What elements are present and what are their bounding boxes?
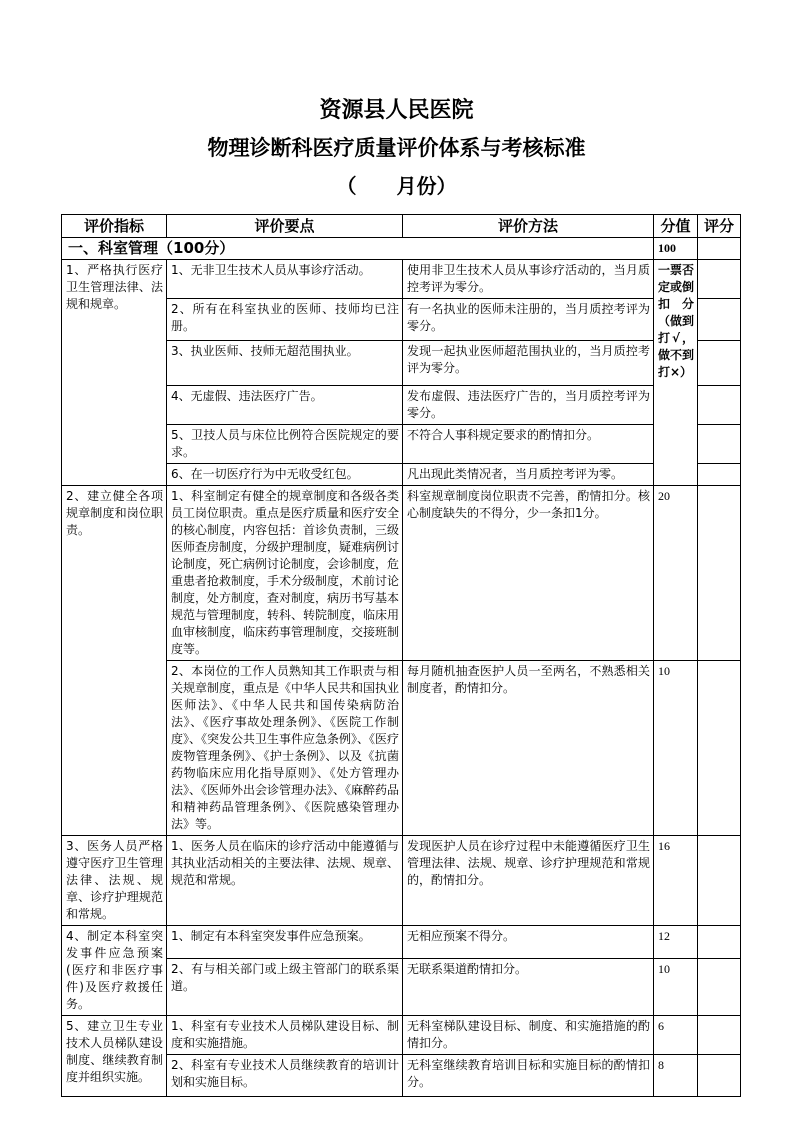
indicator-cell: 5、建立卫生专业技术人员梯队建设制度、继续教育制度并组织实施。 — [62, 1016, 167, 1097]
score-cell: 10 — [654, 661, 698, 836]
grade-cell — [698, 959, 741, 1016]
score-cell: 10 — [654, 959, 698, 1016]
point-cell: 1、科室有专业技术人员梯队建设目标、制度和实施措施。 — [167, 1016, 403, 1055]
table-row: 5、建立卫生专业技术人员梯队建设制度、继续教育制度并组织实施。 1、科室有专业技… — [62, 1016, 741, 1055]
grade-cell — [698, 1016, 741, 1055]
table-row: 3、医务人员严格遵守医疗卫生管理法律、法规、规章、诊疗护理规范和常规。 1、医务… — [62, 836, 741, 926]
point-cell: 6、在一切医疗行为中无收受红包。 — [167, 464, 403, 486]
score-cell: 20 — [654, 486, 698, 661]
point-cell: 1、医务人员在临床的诊疗活动中能遵循与其执业活动相关的主要法律、法规、规章、规范… — [167, 836, 403, 926]
point-cell: 1、科室制定有健全的规章制度和各级各类员工岗位职责。重点是医疗质量和医疗安全的核… — [167, 486, 403, 661]
grade-cell — [698, 260, 741, 299]
method-cell: 每月随机抽查医护人员一至两名，不熟悉相关制度者，酌情扣分。 — [403, 661, 654, 836]
score-cell: 12 — [654, 926, 698, 959]
table-row: 4、制定本科室突发事件应急预案(医疗和非医疗事件)及医疗救援任务。 1、制定有本… — [62, 926, 741, 959]
score-cell: 6 — [654, 1016, 698, 1055]
point-cell: 2、有与相关部门或上级主管部门的联系渠道。 — [167, 959, 403, 1016]
method-cell: 不符合人事科规定要求的酌情扣分。 — [403, 425, 654, 464]
point-cell: 3、执业医师、技师无超范围执业。 — [167, 341, 403, 386]
hospital-name: 资源县人民医院 — [0, 98, 793, 124]
month-placeholder: （ 月份） — [0, 174, 793, 198]
grade-cell — [698, 1055, 741, 1097]
method-cell: 无相应预案不得分。 — [403, 926, 654, 959]
method-cell: 无联系渠道酌情扣分。 — [403, 959, 654, 1016]
table-row: 2、建立健全各项规章制度和岗位职责。 1、科室制定有健全的规章制度和各级各类员工… — [62, 486, 741, 661]
section-score: 100 — [654, 238, 698, 260]
score-cell: 16 — [654, 836, 698, 926]
header-point: 评价要点 — [167, 215, 403, 238]
method-cell: 有一名执业的医师未注册的，当月质控考评为零分。 — [403, 299, 654, 341]
indicator-cell: 4、制定本科室突发事件应急预案(医疗和非医疗事件)及医疗救援任务。 — [62, 926, 167, 1016]
point-cell: 1、制定有本科室突发事件应急预案。 — [167, 926, 403, 959]
method-cell: 无科室梯队建设目标、制度、和实施措施的酌情扣分。 — [403, 1016, 654, 1055]
method-cell: 发现医护人员在诊疗过程中未能遵循医疗卫生管理法律、法规、规章、诊疗护理规范和常规… — [403, 836, 654, 926]
evaluation-table: 评价指标 评价要点 评价方法 分值 评分 一、科室管理（100分） 100 1、… — [61, 214, 741, 1097]
document-header: 资源县人民医院 物理诊断科医疗质量评价体系与考核标准 （ 月份） — [0, 0, 793, 198]
indicator-cell: 2、建立健全各项规章制度和岗位职责。 — [62, 486, 167, 836]
grade-cell — [698, 486, 741, 661]
grade-cell — [698, 299, 741, 341]
point-cell: 4、无虚假、违法医疗广告。 — [167, 386, 403, 425]
point-cell: 2、科室有专业技术人员继续教育的培训计划和实施目标。 — [167, 1055, 403, 1097]
header-grade: 评分 — [698, 215, 741, 238]
indicator-cell: 1、严格执行医疗卫生管理法律、法规和规章。 — [62, 260, 167, 486]
score-cell: 8 — [654, 1055, 698, 1097]
grade-cell — [698, 836, 741, 926]
point-cell: 2、本岗位的工作人员熟知其工作职责与相关规章制度，重点是《中华人民共和国执业医师… — [167, 661, 403, 836]
method-cell: 科室规章制度岗位职责不完善，酌情扣分。核心制度缺失的不得分，少一条扣1分。 — [403, 486, 654, 661]
section-grade-cell — [698, 238, 741, 260]
method-cell: 发现一起执业医师超范围执业的，当月质控考评为零分。 — [403, 341, 654, 386]
grade-cell — [698, 464, 741, 486]
method-cell: 凡出现此类情况者，当月质控考评为零。 — [403, 464, 654, 486]
point-cell: 5、卫技人员与床位比例符合医院规定的要求。 — [167, 425, 403, 464]
grade-cell — [698, 341, 741, 386]
header-indicator: 评价指标 — [62, 215, 167, 238]
point-cell: 2、所有在科室执业的医师、技师均已注册。 — [167, 299, 403, 341]
document-title: 物理诊断科医疗质量评价体系与考核标准 — [0, 135, 793, 161]
table-row: 1、严格执行医疗卫生管理法律、法规和规章。 1、无非卫生技术人员从事诊疗活动。 … — [62, 260, 741, 299]
table-header-row: 评价指标 评价要点 评价方法 分值 评分 — [62, 215, 741, 238]
veto-score-cell: 一票否定或倒扣分（做到打√，做不到打×） — [654, 260, 698, 486]
method-cell: 无科室继续教育培训目标和实施目标的酌情扣分。 — [403, 1055, 654, 1097]
section-row: 一、科室管理（100分） 100 — [62, 238, 741, 260]
grade-cell — [698, 926, 741, 959]
header-score: 分值 — [654, 215, 698, 238]
method-cell: 使用非卫生技术人员从事诊疗活动的，当月质控考评为零分。 — [403, 260, 654, 299]
grade-cell — [698, 661, 741, 836]
point-cell: 1、无非卫生技术人员从事诊疗活动。 — [167, 260, 403, 299]
document-page: { "colors": { "text": "#000000", "backgr… — [0, 0, 793, 1122]
header-method: 评价方法 — [403, 215, 654, 238]
method-cell: 发布虚假、违法医疗广告的，当月质控考评为零分。 — [403, 386, 654, 425]
section-title: 一、科室管理（100分） — [62, 238, 654, 260]
grade-cell — [698, 425, 741, 464]
grade-cell — [698, 386, 741, 425]
indicator-cell: 3、医务人员严格遵守医疗卫生管理法律、法规、规章、诊疗护理规范和常规。 — [62, 836, 167, 926]
